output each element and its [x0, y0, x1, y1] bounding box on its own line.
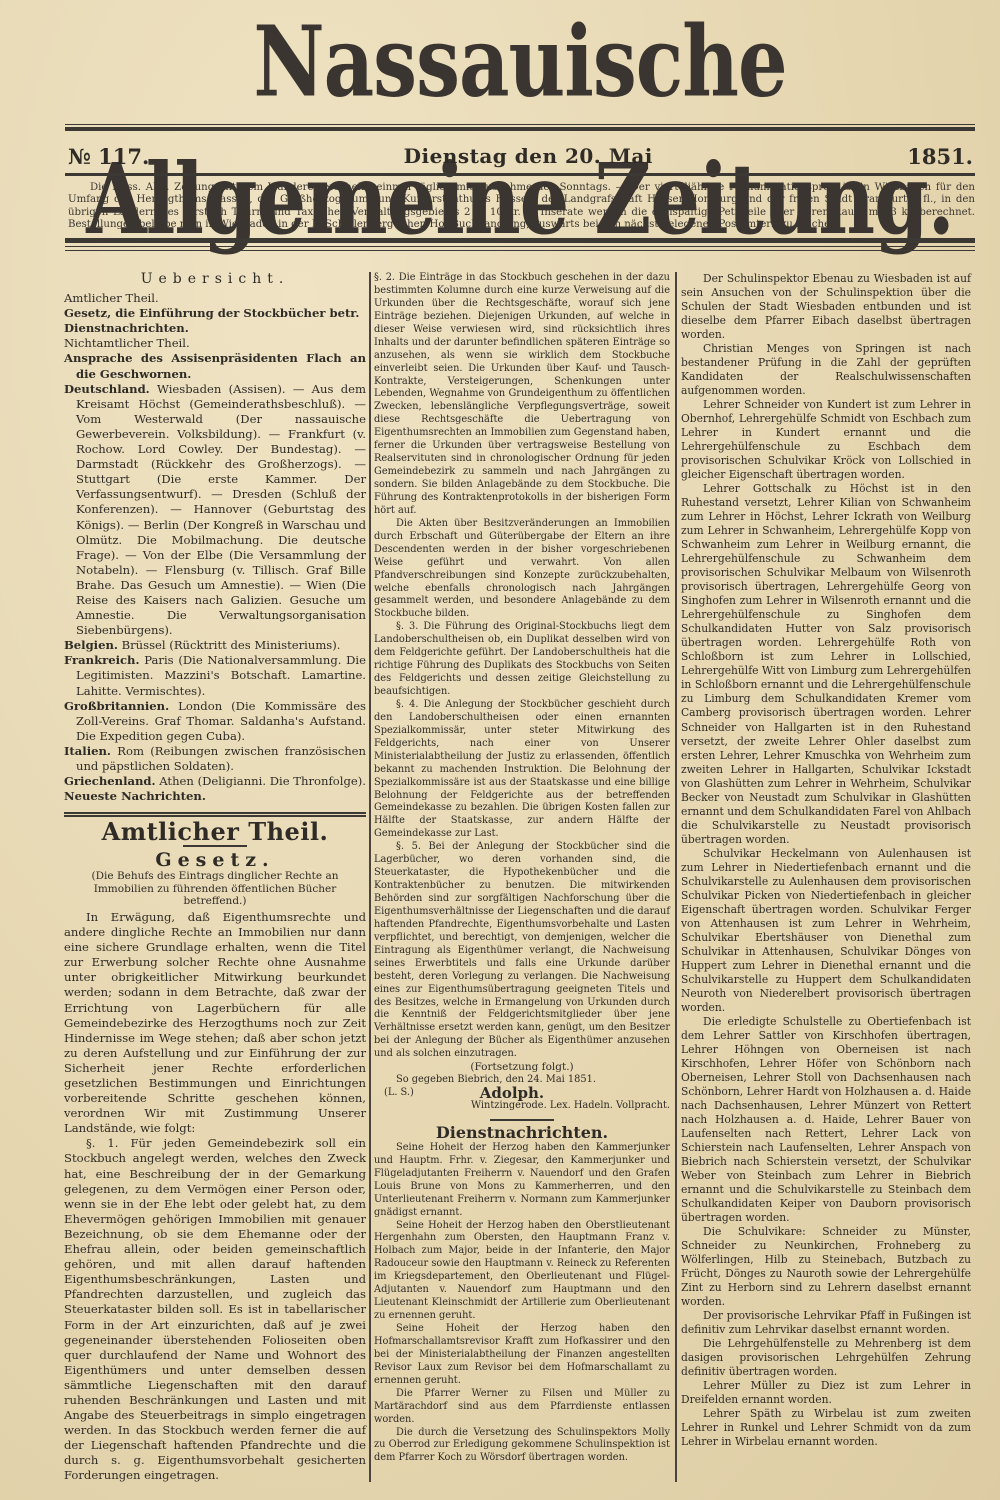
- service-news-paragraph: Lehrer Späth zu Wirbelau ist zum zweiten…: [681, 1407, 971, 1449]
- overview-item: Großbritannien. London (Die Kommissäre d…: [64, 699, 366, 744]
- signature-row: (L. S.) Adolph.: [374, 1087, 670, 1100]
- column-1: Uebersicht. Amtlicher Theil. Gesetz, die…: [64, 272, 366, 1484]
- column-3: Der Schulinspektor Ebenau zu Wiesbaden i…: [681, 272, 971, 1449]
- countersignatures: Wintzingerode. Lex. Hadeln. Vollpracht.: [374, 1100, 670, 1113]
- issue-year: 1851.: [907, 144, 973, 169]
- subscription-notice: Die Nass. Allg. Zeitung mit dem Wanderer…: [68, 182, 975, 232]
- short-divider: [490, 1119, 554, 1121]
- overview-item: Neueste Nachrichten.: [64, 789, 366, 804]
- issue-date: Dienstag den 20. Mai: [404, 144, 653, 168]
- overview-item: Italien. Rom (Reibungen zwischen französ…: [64, 744, 366, 774]
- service-news-paragraph: Seine Hoheit der Herzog haben den Oberst…: [374, 1220, 670, 1324]
- service-news-paragraph: Die durch die Versetzung des Schulinspek…: [374, 1427, 670, 1466]
- overview-item: Dienstnachrichten.: [64, 321, 366, 336]
- service-news-paragraph: Die erledigte Schulstelle zu Obertiefenb…: [681, 1015, 971, 1225]
- law-paragraph-2-cont: §. 2. Die Einträge in das Stockbuch gesc…: [374, 272, 670, 518]
- overview-item: Amtlicher Theil.: [64, 291, 366, 306]
- service-news-paragraph: Die Pfarrer Werner zu Filsen und Müller …: [374, 1388, 670, 1427]
- overview-item: Gesetz, die Einführung der Stockbücher b…: [64, 306, 366, 321]
- law-paragraph-1: §. 1. Für jeden Gemeindebezirk soll ein …: [64, 1136, 366, 1483]
- header-rule-thick: [65, 238, 975, 243]
- service-news-paragraph: Schulvikar Heckelmann von Aulenhausen is…: [681, 847, 971, 1015]
- service-news-paragraph: Der Schulinspektor Ebenau zu Wiesbaden i…: [681, 272, 971, 342]
- seal: (L. S.): [384, 1087, 414, 1100]
- law-title: Gesetz.: [64, 853, 366, 868]
- overview-item: Ansprache des Assisenpräsidenten Flach a…: [64, 351, 366, 381]
- service-news-paragraph: Lehrer Schneider von Kundert ist zum Leh…: [681, 398, 971, 482]
- section-divider: [64, 812, 366, 814]
- service-news-paragraph: Die Schulvikare: Schneider zu Münster, S…: [681, 1225, 971, 1309]
- overview-title: Uebersicht.: [64, 272, 366, 287]
- law-paragraph-5: §. 5. Bei der Anlegung der Stockbücher s…: [374, 841, 670, 1061]
- service-news-paragraph: Seine Hoheit der Herzog haben den Kammer…: [374, 1142, 670, 1220]
- law-paragraph-2b: Die Akten über Besitzveränderungen an Im…: [374, 518, 670, 622]
- signature: Adolph.: [480, 1087, 544, 1100]
- column-divider-2: [675, 272, 677, 1482]
- continuation-note: (Fortsetzung folgt.): [374, 1061, 670, 1074]
- overview-list: Amtlicher Theil. Gesetz, die Einführung …: [64, 291, 366, 804]
- overview-item: Deutschland. Wiesbaden (Assisen). — Aus …: [64, 382, 366, 639]
- service-news-paragraph: Der provisorische Lehrvikar Pfaff in Fuß…: [681, 1309, 971, 1337]
- newspaper-masthead: Nassauische Allgemeine Zeitung.: [60, 0, 980, 132]
- law-subtitle: (Die Behufs des Eintrags dinglicher Rech…: [64, 870, 366, 908]
- column-2: §. 2. Die Einträge in das Stockbuch gesc…: [374, 272, 670, 1465]
- masthead-rule-thick: [65, 127, 975, 131]
- overview-item: Belgien. Brüssel (Rücktritt des Minister…: [64, 638, 366, 653]
- service-news-paragraph: Die Lehrgehülfenstelle zu Mehrenberg ist…: [681, 1337, 971, 1379]
- official-section-title: Amtlicher Theil.: [64, 824, 366, 839]
- service-news-paragraph: Christian Menges von Springen ist nach b…: [681, 342, 971, 398]
- law-preamble: In Erwägung, daß Eigenthumsrechte und an…: [64, 910, 366, 1136]
- header-rule-thin: [65, 246, 975, 247]
- issue-number: № 117.: [68, 144, 149, 169]
- overview-item: Nichtamtlicher Theil.: [64, 336, 366, 351]
- dateline-rule: [65, 173, 975, 176]
- masthead-rule-thin: [65, 124, 975, 125]
- column-divider-1: [369, 272, 371, 1482]
- dateline: № 117. Dienstag den 20. Mai 1851.: [68, 143, 973, 169]
- service-news-paragraph: Seine Hoheit der Herzog haben den Hofmar…: [374, 1323, 670, 1388]
- law-paragraph-4: §. 4. Die Anlegung der Stockbücher gesch…: [374, 699, 670, 841]
- law-paragraph-3: §. 3. Die Führung des Original-Stockbuch…: [374, 621, 670, 699]
- service-news-paragraph: Lehrer Gottschalk zu Höchst ist in den R…: [681, 482, 971, 846]
- service-news-paragraph: Lehrer Müller zu Diez ist zum Lehrer in …: [681, 1379, 971, 1407]
- header-rule-thin-2: [65, 250, 975, 251]
- service-news-title: Dienstnachrichten.: [374, 1127, 670, 1140]
- overview-item: Frankreich. Paris (Die Nationalversammlu…: [64, 653, 366, 698]
- overview-item: Griechenland. Athen (Deligianni. Die Thr…: [64, 774, 366, 789]
